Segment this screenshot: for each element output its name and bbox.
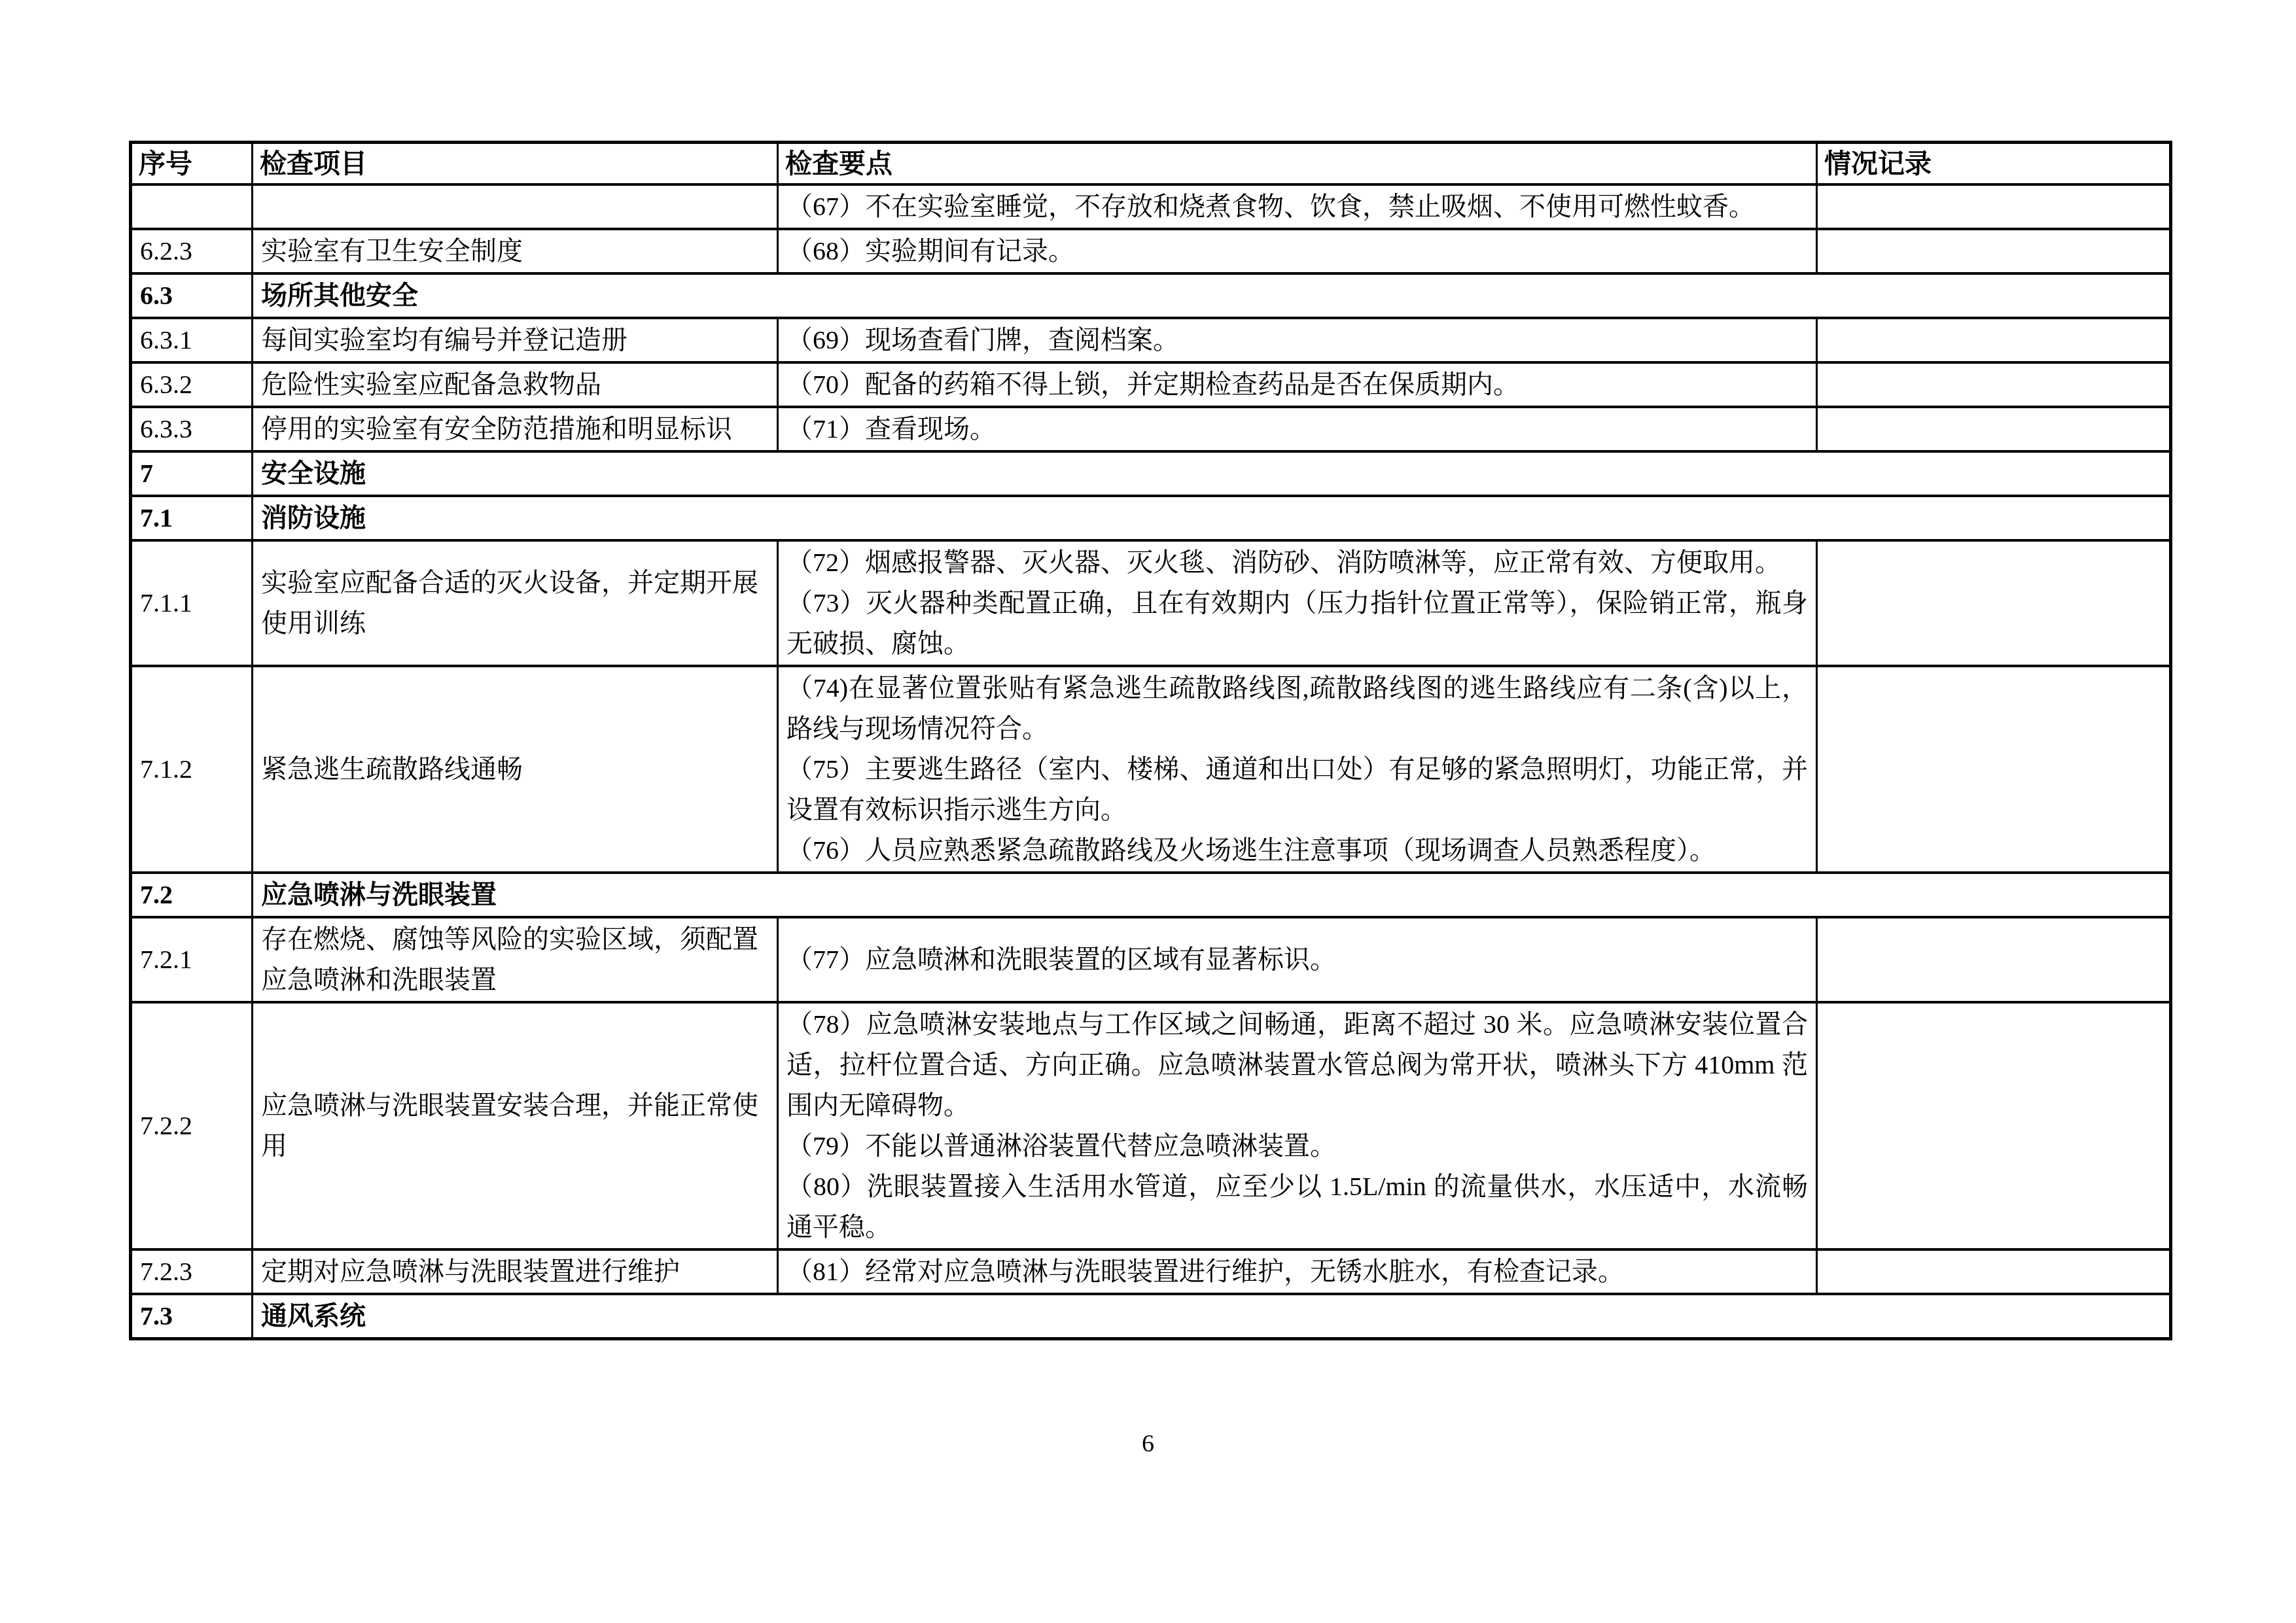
cell-record <box>1817 1002 2171 1249</box>
point-line: （68）实验期间有记录。 <box>786 231 1808 271</box>
point-line: （81）经常对应急喷淋与洗眼装置进行维护，无锈水脏水，有检查记录。 <box>786 1251 1808 1292</box>
cell-points: （71）查看现场。 <box>778 407 1817 451</box>
table-row: 7.2.3定期对应急喷淋与洗眼装置进行维护（81）经常对应急喷淋与洗眼装置进行维… <box>131 1249 2171 1294</box>
cell-seq <box>131 184 253 229</box>
cell-item: 实验室有卫生安全制度 <box>253 229 778 273</box>
table-row: 6.2.3实验室有卫生安全制度（68）实验期间有记录。 <box>131 229 2171 273</box>
col-header-points: 检查要点 <box>778 143 1817 185</box>
cell-section-title: 应急喷淋与洗眼装置 <box>253 873 2171 917</box>
point-line: （73）灭火器种类配置正确，且在有效期内（压力指针位置正常等），保险销正常，瓶身… <box>786 583 1808 664</box>
cell-points: （68）实验期间有记录。 <box>778 229 1817 273</box>
cell-record <box>1817 318 2171 362</box>
page-number: 6 <box>0 1429 2296 1458</box>
point-line: （72）烟感报警器、灭火器、灭火毯、消防砂、消防喷淋等，应正常有效、方便取用。 <box>786 542 1808 583</box>
cell-item: 危险性实验室应配备急救物品 <box>253 362 778 407</box>
col-header-item: 检查项目 <box>253 143 778 185</box>
cell-seq: 6.3.1 <box>131 318 253 362</box>
document-page: 序号检查项目检查要点情况记录 （67）不在实验室睡觉，不存放和烧煮食物、饮食，禁… <box>0 0 2296 1623</box>
inspection-checklist-table: 序号检查项目检查要点情况记录 （67）不在实验室睡觉，不存放和烧煮食物、饮食，禁… <box>129 141 2172 1340</box>
cell-points: （77）应急喷淋和洗眼装置的区域有显著标识。 <box>778 917 1817 1002</box>
cell-seq: 7.2.2 <box>131 1002 253 1249</box>
cell-section-title: 通风系统 <box>253 1294 2171 1339</box>
point-line: （77）应急喷淋和洗眼装置的区域有显著标识。 <box>786 939 1808 980</box>
cell-record <box>1817 540 2171 666</box>
cell-seq: 7.1 <box>131 496 253 540</box>
cell-item: 每间实验室均有编号并登记造册 <box>253 318 778 362</box>
table-row: 7.1.1实验室应配备合适的灭火设备，并定期开展使用训练（72）烟感报警器、灭火… <box>131 540 2171 666</box>
section-row: 6.3场所其他安全 <box>131 273 2171 318</box>
table-row: 7.2.1存在燃烧、腐蚀等风险的实验区域，须配置应急喷淋和洗眼装置（77）应急喷… <box>131 917 2171 1002</box>
point-line: （80）洗眼装置接入生活用水管道，应至少以 1.5L/min 的流量供水，水压适… <box>786 1166 1808 1248</box>
point-line: （74)在显著位置张贴有紧急逃生疏散路线图,疏散路线图的逃生路线应有二条(含)以… <box>786 668 1808 749</box>
point-line: （71）查看现场。 <box>786 409 1808 449</box>
table-row: 7.1.2紧急逃生疏散路线通畅（74)在显著位置张贴有紧急逃生疏散路线图,疏散路… <box>131 666 2171 873</box>
table-head: 序号检查项目检查要点情况记录 <box>131 143 2171 185</box>
cell-seq: 6.3.2 <box>131 362 253 407</box>
cell-item: 定期对应急喷淋与洗眼装置进行维护 <box>253 1249 778 1294</box>
cell-seq: 7.2.1 <box>131 917 253 1002</box>
point-line: （69）现场查看门牌，查阅档案。 <box>786 320 1808 360</box>
table-row: 7.2.2应急喷淋与洗眼装置安装合理，并能正常使用（78）应急喷淋安装地点与工作… <box>131 1002 2171 1249</box>
section-row: 7.2应急喷淋与洗眼装置 <box>131 873 2171 917</box>
table-row: 6.3.1每间实验室均有编号并登记造册（69）现场查看门牌，查阅档案。 <box>131 318 2171 362</box>
point-line: （75）主要逃生路径（室内、楼梯、通道和出口处）有足够的紧急照明灯，功能正常，并… <box>786 749 1808 830</box>
cell-seq: 7 <box>131 451 253 496</box>
point-line: （79）不能以普通淋浴装置代替应急喷淋装置。 <box>786 1126 1808 1166</box>
cell-record <box>1817 1249 2171 1294</box>
cell-points: （70）配备的药箱不得上锁，并定期检查药品是否在保质期内。 <box>778 362 1817 407</box>
point-line: （78）应急喷淋安装地点与工作区域之间畅通，距离不超过 30 米。应急喷淋安装位… <box>786 1004 1808 1126</box>
cell-item: 紧急逃生疏散路线通畅 <box>253 666 778 873</box>
cell-item: 实验室应配备合适的灭火设备，并定期开展使用训练 <box>253 540 778 666</box>
cell-record <box>1817 407 2171 451</box>
cell-record <box>1817 666 2171 873</box>
cell-points: （72）烟感报警器、灭火器、灭火毯、消防砂、消防喷淋等，应正常有效、方便取用。（… <box>778 540 1817 666</box>
cell-points: （67）不在实验室睡觉，不存放和烧煮食物、饮食，禁止吸烟、不使用可燃性蚊香。 <box>778 184 1817 229</box>
col-header-seq: 序号 <box>131 143 253 185</box>
cell-seq: 6.2.3 <box>131 229 253 273</box>
col-header-record: 情况记录 <box>1817 143 2171 185</box>
cell-record <box>1817 184 2171 229</box>
cell-item: 存在燃烧、腐蚀等风险的实验区域，须配置应急喷淋和洗眼装置 <box>253 917 778 1002</box>
point-line: （67）不在实验室睡觉，不存放和烧煮食物、饮食，禁止吸烟、不使用可燃性蚊香。 <box>786 186 1808 227</box>
cell-seq: 7.2.3 <box>131 1249 253 1294</box>
cell-item: 应急喷淋与洗眼装置安装合理，并能正常使用 <box>253 1002 778 1249</box>
table-row: 6.3.2危险性实验室应配备急救物品（70）配备的药箱不得上锁，并定期检查药品是… <box>131 362 2171 407</box>
table-row: 6.3.3停用的实验室有安全防范措施和明显标识（71）查看现场。 <box>131 407 2171 451</box>
point-line: （70）配备的药箱不得上锁，并定期检查药品是否在保质期内。 <box>786 364 1808 405</box>
cell-record <box>1817 229 2171 273</box>
table-row: （67）不在实验室睡觉，不存放和烧煮食物、饮食，禁止吸烟、不使用可燃性蚊香。 <box>131 184 2171 229</box>
section-row: 7安全设施 <box>131 451 2171 496</box>
cell-seq: 7.1.2 <box>131 666 253 873</box>
cell-seq: 6.3 <box>131 273 253 318</box>
cell-seq: 7.2 <box>131 873 253 917</box>
cell-seq: 7.1.1 <box>131 540 253 666</box>
table-body: （67）不在实验室睡觉，不存放和烧煮食物、饮食，禁止吸烟、不使用可燃性蚊香。6.… <box>131 184 2171 1339</box>
cell-record <box>1817 362 2171 407</box>
cell-record <box>1817 917 2171 1002</box>
cell-points: （78）应急喷淋安装地点与工作区域之间畅通，距离不超过 30 米。应急喷淋安装位… <box>778 1002 1817 1249</box>
cell-points: （81）经常对应急喷淋与洗眼装置进行维护，无锈水脏水，有检查记录。 <box>778 1249 1817 1294</box>
cell-item <box>253 184 778 229</box>
cell-section-title: 安全设施 <box>253 451 2171 496</box>
cell-section-title: 场所其他安全 <box>253 273 2171 318</box>
section-row: 7.3通风系统 <box>131 1294 2171 1339</box>
point-line: （76）人员应熟悉紧急疏散路线及火场逃生注意事项（现场调查人员熟悉程度）。 <box>786 830 1808 871</box>
cell-seq: 7.3 <box>131 1294 253 1339</box>
section-row: 7.1消防设施 <box>131 496 2171 540</box>
cell-item: 停用的实验室有安全防范措施和明显标识 <box>253 407 778 451</box>
cell-section-title: 消防设施 <box>253 496 2171 540</box>
header-row: 序号检查项目检查要点情况记录 <box>131 143 2171 185</box>
cell-seq: 6.3.3 <box>131 407 253 451</box>
cell-points: （69）现场查看门牌，查阅档案。 <box>778 318 1817 362</box>
cell-points: （74)在显著位置张贴有紧急逃生疏散路线图,疏散路线图的逃生路线应有二条(含)以… <box>778 666 1817 873</box>
